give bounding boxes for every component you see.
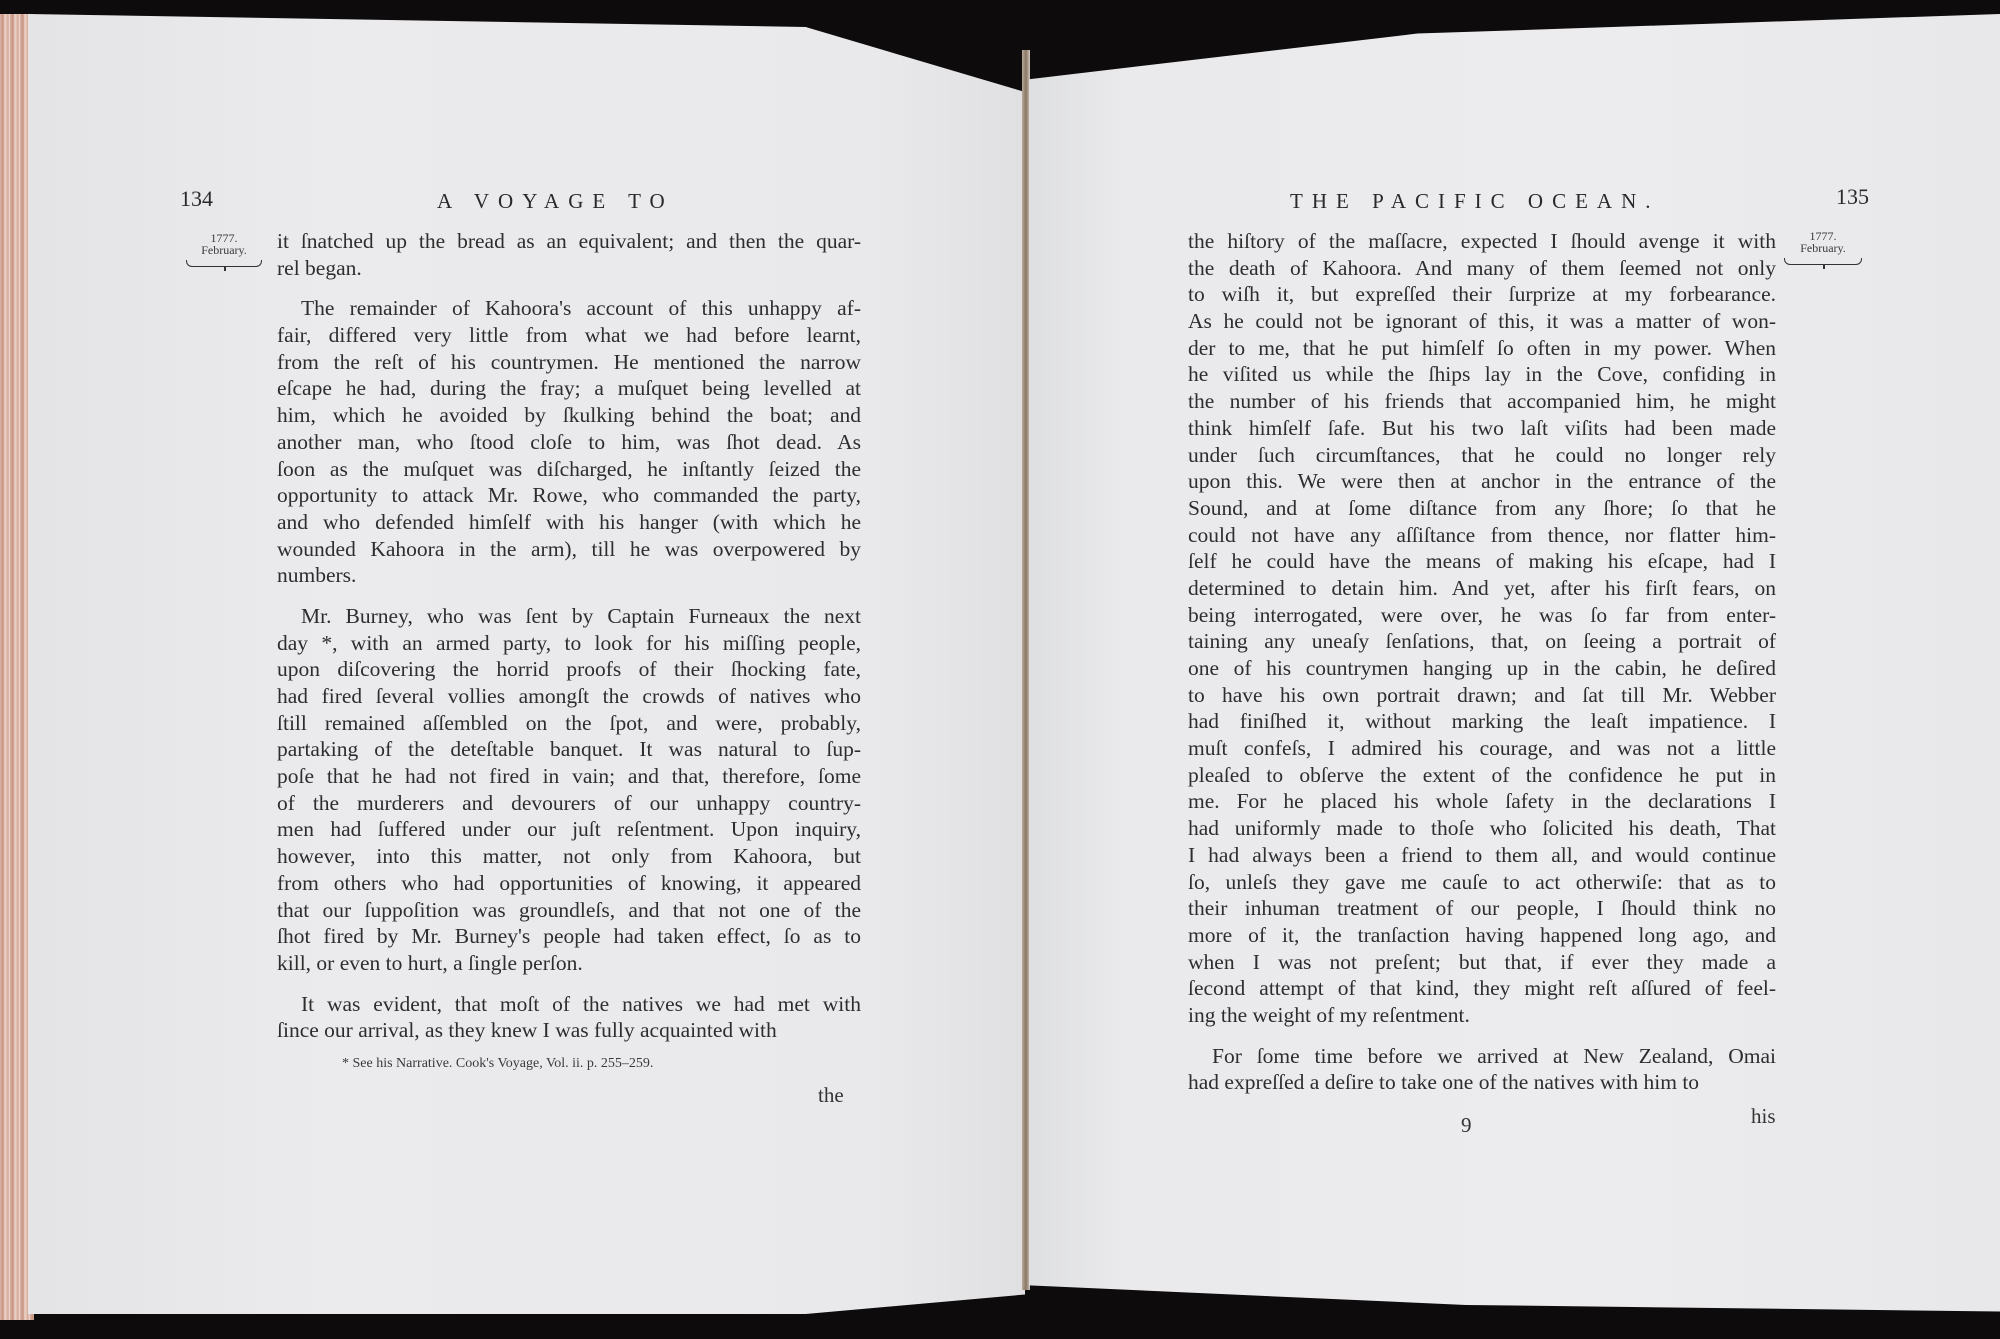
text-line: their inhuman treatment of our people, I… bbox=[1188, 895, 1776, 922]
text-line: one of his countrymen hanging up in the … bbox=[1188, 655, 1776, 682]
text-line: muſt confeſs, I admired his courage, and… bbox=[1188, 735, 1776, 762]
curly-brace-icon bbox=[1784, 258, 1862, 265]
text-line: the number of his friends that accompani… bbox=[1188, 388, 1776, 415]
right-body-text: the hiſtory of the maſſacre, expected I … bbox=[1188, 228, 1776, 1110]
paragraph: the hiſtory of the maſſacre, expected I … bbox=[1188, 228, 1776, 1029]
right-catchword: his bbox=[1751, 1104, 1776, 1129]
text-line: ſoon as the muſquet was diſcharged, he i… bbox=[277, 456, 861, 483]
text-line: more of it, the tranſaction having happe… bbox=[1188, 922, 1776, 949]
text-line: me. For he placed his whole ſafety in th… bbox=[1188, 788, 1776, 815]
text-line: Mr. Burney, who was ſent by Captain Furn… bbox=[277, 603, 861, 630]
text-line: him, which he avoided by ſkulking behind… bbox=[277, 402, 861, 429]
right-running-title: THE PACIFIC OCEAN. bbox=[1290, 189, 1660, 214]
book-spine-gutter bbox=[1022, 50, 1030, 1290]
text-line: ſo, unleſs they gave me cauſe to act oth… bbox=[1188, 869, 1776, 896]
text-line: kill, or even to hurt, a ſingle perſon. bbox=[277, 950, 861, 977]
text-line: of the murderers and devourers of our un… bbox=[277, 790, 861, 817]
left-footnote: * See his Narrative. Cook's Voyage, Vol.… bbox=[342, 1056, 653, 1072]
text-line: think himſelf ſafe. But his two laſt viſ… bbox=[1188, 415, 1776, 442]
text-line: pleaſed to obſerve the extent of the con… bbox=[1188, 762, 1776, 789]
text-line: that our ſuppoſition was groundleſs, and… bbox=[277, 897, 861, 924]
text-line: ſhot fired by Mr. Burney's people had ta… bbox=[277, 923, 861, 950]
text-line: Sound, and at ſome diſtance from any ſho… bbox=[1188, 495, 1776, 522]
text-line: had uniformly made to thoſe who ſolicite… bbox=[1188, 815, 1776, 842]
text-line: could not have any aſſiſtance from thenc… bbox=[1188, 522, 1776, 549]
text-line: under ſuch circumſtances, that he could … bbox=[1188, 442, 1776, 469]
signature-mark: 9 bbox=[1461, 1113, 1472, 1138]
text-line: I had always been a friend to them all, … bbox=[1188, 842, 1776, 869]
left-margin-date-note: 1777. February. bbox=[186, 232, 262, 267]
paragraph: it ſnatched up the bread as an equivalen… bbox=[277, 228, 861, 281]
text-line: wounded Kahoora in the arm), till he was… bbox=[277, 536, 861, 563]
paragraph: For ſome time before we arrived at New Z… bbox=[1188, 1043, 1776, 1096]
text-line: the hiſtory of the maſſacre, expected I … bbox=[1188, 228, 1776, 255]
text-line: For ſome time before we arrived at New Z… bbox=[1188, 1043, 1776, 1070]
text-line: numbers. bbox=[277, 562, 861, 589]
right-page-number: 135 bbox=[1836, 184, 1869, 210]
text-line: ing the weight of my reſentment. bbox=[1188, 1002, 1776, 1029]
margin-note-month: February. bbox=[1800, 241, 1846, 255]
text-line: ſecond attempt of that kind, they might … bbox=[1188, 975, 1776, 1002]
text-line: being interrogated, were over, he was ſo… bbox=[1188, 602, 1776, 629]
text-line: ſtill remained aſſembled on the ſpot, an… bbox=[277, 710, 861, 737]
text-line: it ſnatched up the bread as an equivalen… bbox=[277, 228, 861, 255]
text-line: upon diſcovering the horrid proofs of th… bbox=[277, 656, 861, 683]
paragraph: The remainder of Kahoora's account of th… bbox=[277, 295, 861, 589]
text-line: ſince our arrival, as they knew I was fu… bbox=[277, 1017, 861, 1044]
text-line: As he could not be ignorant of this, it … bbox=[1188, 308, 1776, 335]
text-line: and who defended himſelf with his hanger… bbox=[277, 509, 861, 536]
text-line: determined to detain him. And yet, after… bbox=[1188, 575, 1776, 602]
text-line: had finiſhed it, without marking the lea… bbox=[1188, 708, 1776, 735]
right-margin-date-note: 1777. February. bbox=[1784, 230, 1862, 265]
text-line: he viſited us while the ſhips lay in the… bbox=[1188, 361, 1776, 388]
left-body-text: it ſnatched up the bread as an equivalen… bbox=[277, 228, 861, 1058]
text-line: from others who had opportunities of kno… bbox=[277, 870, 861, 897]
text-line: to wiſh it, but expreſſed their ſurprize… bbox=[1188, 281, 1776, 308]
text-line: however, into this matter, not only from… bbox=[277, 843, 861, 870]
text-line: opportunity to attack Mr. Rowe, who comm… bbox=[277, 482, 861, 509]
text-line: upon this. We were then at anchor in the… bbox=[1188, 468, 1776, 495]
text-line: rel began. bbox=[277, 255, 861, 282]
text-line: from the reſt of his countrymen. He ment… bbox=[277, 349, 861, 376]
paragraph: Mr. Burney, who was ſent by Captain Furn… bbox=[277, 603, 861, 977]
text-line: partaking of the deteſtable banquet. It … bbox=[277, 736, 861, 763]
text-line: the death of Kahoora. And many of them ſ… bbox=[1188, 255, 1776, 282]
left-catchword: the bbox=[818, 1083, 844, 1108]
text-line: men had ſuffered under our juſt reſentme… bbox=[277, 816, 861, 843]
text-line: It was evident, that moſt of the natives… bbox=[277, 991, 861, 1018]
text-line: ſelf he could have the means of making h… bbox=[1188, 548, 1776, 575]
text-line: had expreſſed a deſire to take one of th… bbox=[1188, 1069, 1776, 1096]
text-line: The remainder of Kahoora's account of th… bbox=[277, 295, 861, 322]
margin-note-month: February. bbox=[201, 243, 247, 257]
text-line: had fired ſeveral vollies amongſt the cr… bbox=[277, 683, 861, 710]
left-running-title: A VOYAGE TO bbox=[437, 189, 674, 214]
left-page-number: 134 bbox=[180, 186, 213, 212]
paragraph: It was evident, that moſt of the natives… bbox=[277, 991, 861, 1044]
text-line: day *, with an armed party, to look for … bbox=[277, 630, 861, 657]
curly-brace-icon bbox=[186, 260, 262, 267]
text-line: der to me, that he put himſelf ſo often … bbox=[1188, 335, 1776, 362]
text-line: taining any uneaſy ſenſations, that, on … bbox=[1188, 628, 1776, 655]
text-line: another man, who ſtood cloſe to him, was… bbox=[277, 429, 861, 456]
text-line: poſe that he had not fired in vain; and … bbox=[277, 763, 861, 790]
text-line: to have his own portrait drawn; and ſat … bbox=[1188, 682, 1776, 709]
text-line: eſcape he had, during the fray; a muſque… bbox=[277, 375, 861, 402]
text-line: fair, differed very little from what we … bbox=[277, 322, 861, 349]
text-line: when I was not preſent; but that, if eve… bbox=[1188, 949, 1776, 976]
